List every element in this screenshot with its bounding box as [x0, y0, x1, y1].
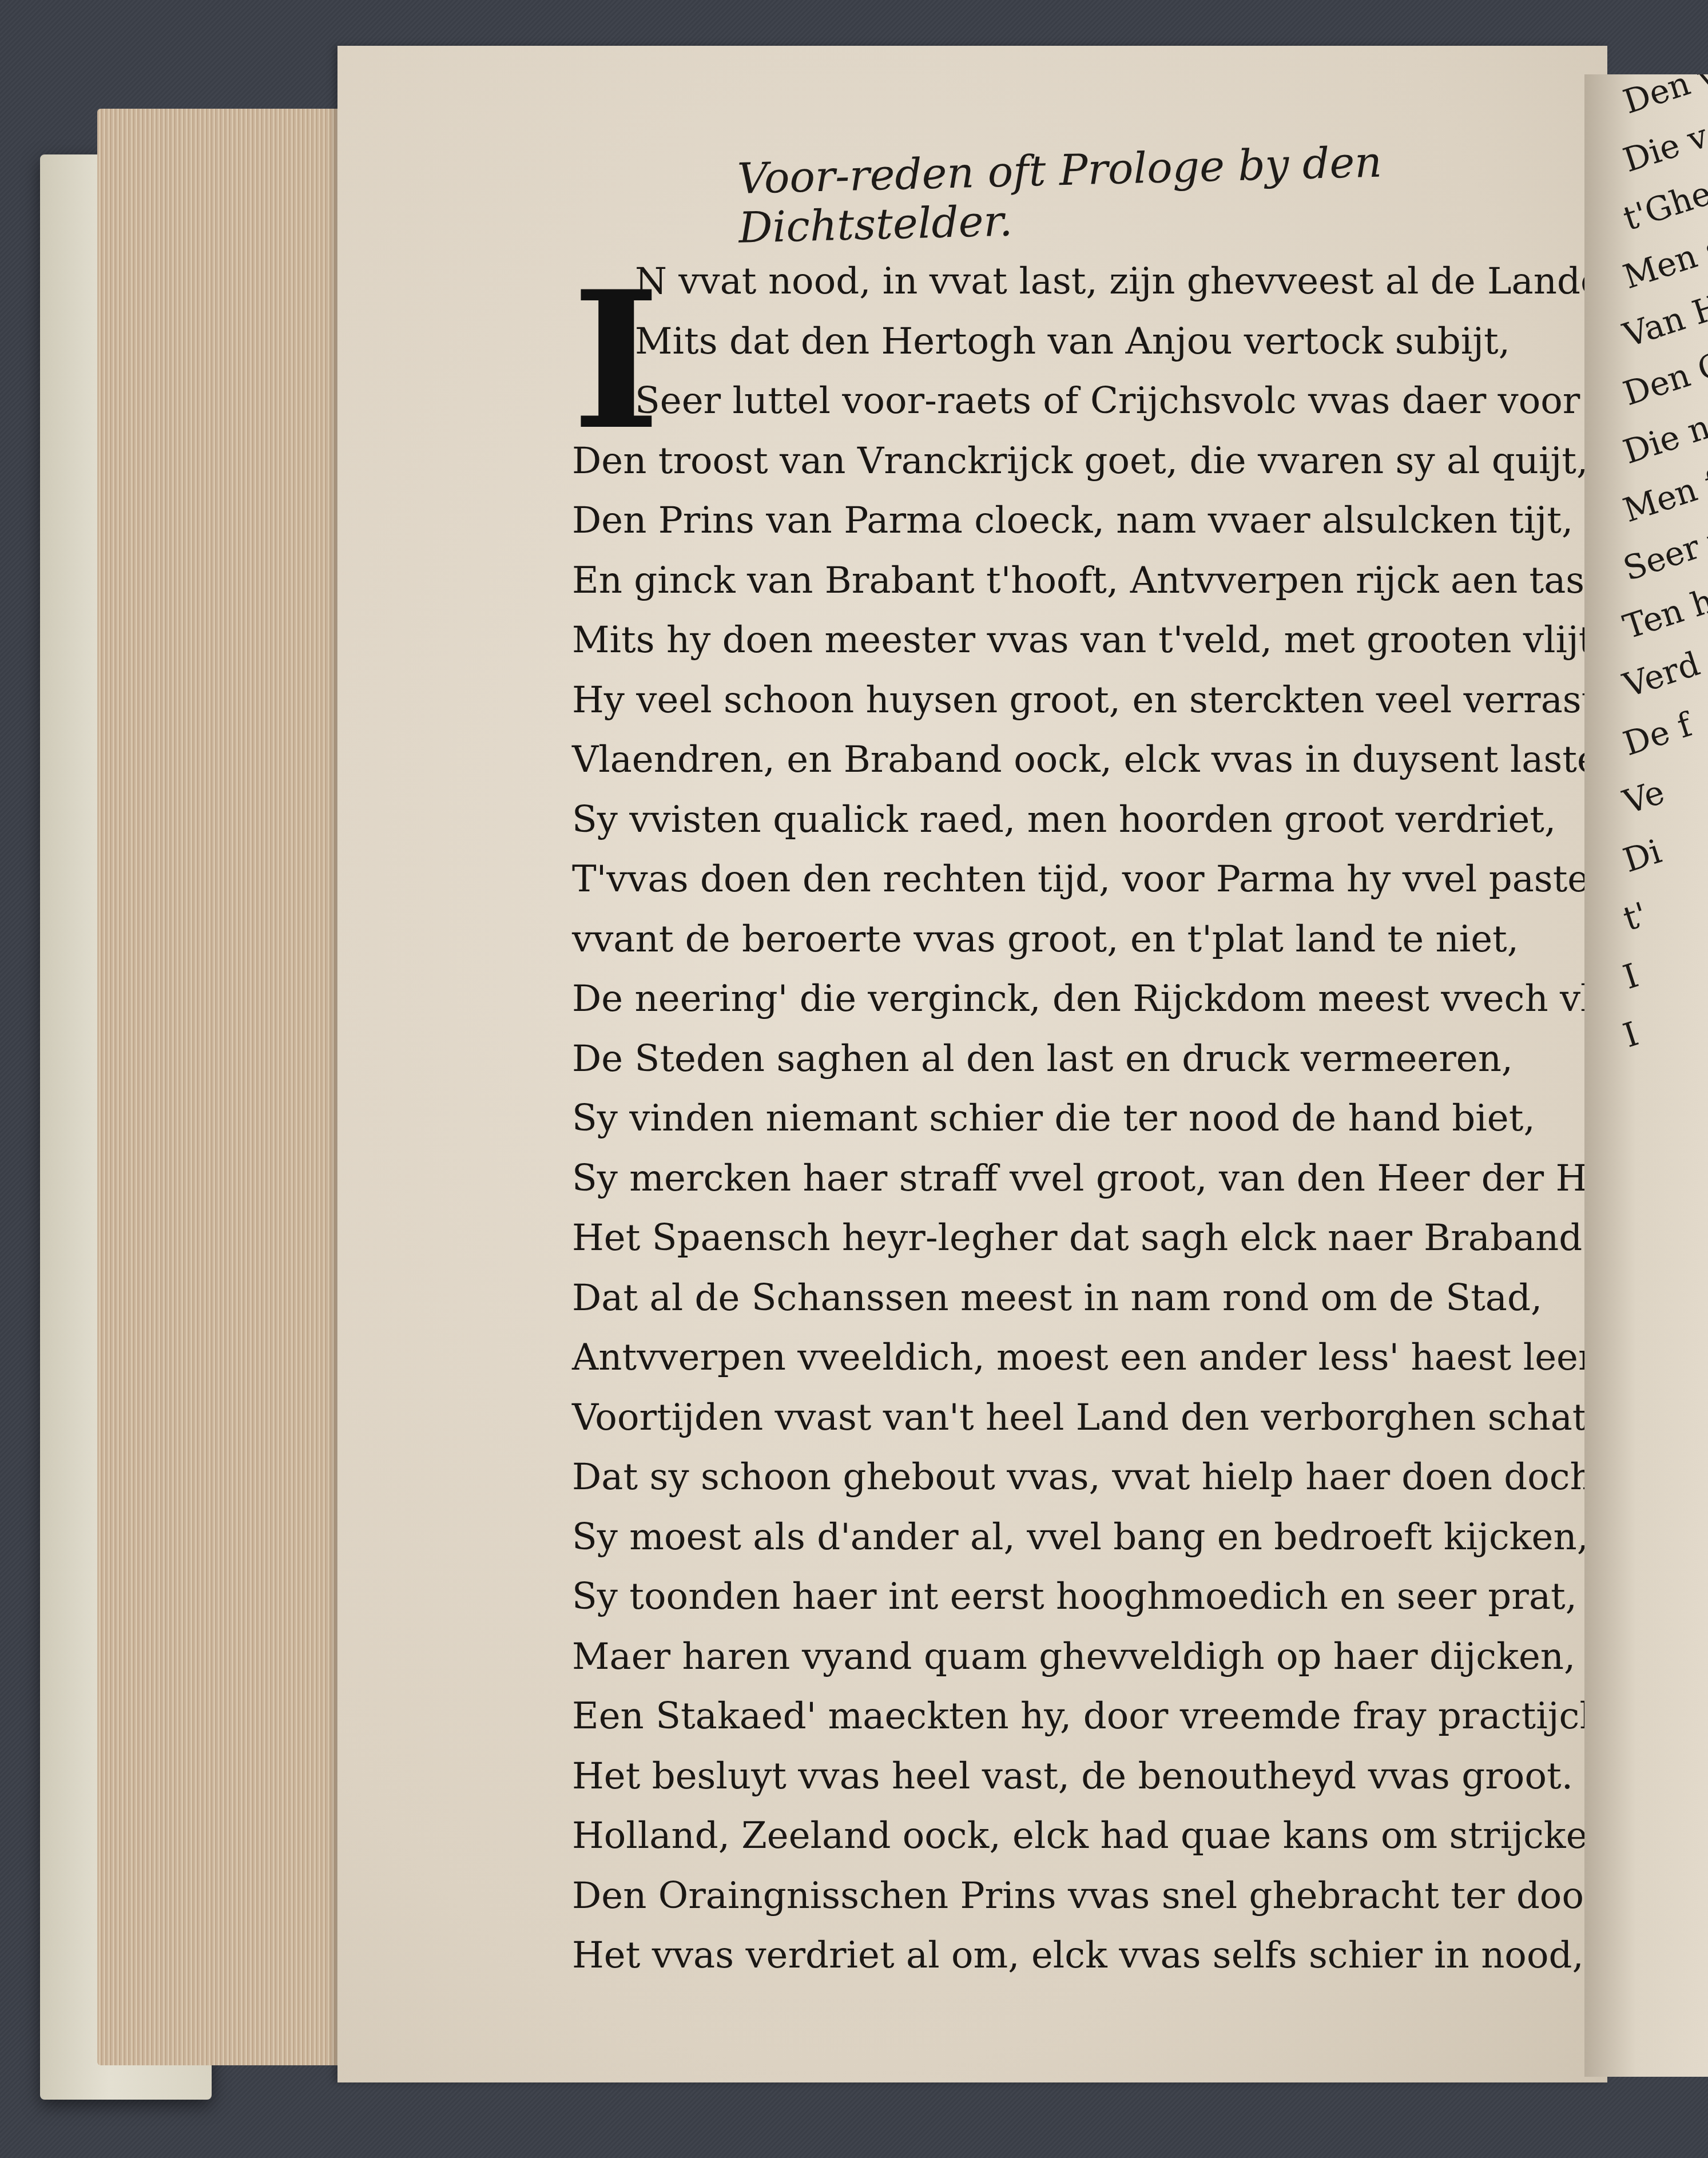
verse-line: Sy toonden haer int eerst hooghmoedich e…	[572, 1567, 1556, 1627]
verse-line: En ginck van Brabant t'hooft, Antvverpen…	[572, 551, 1556, 611]
verse-line: De Steden saghen al den last en druck ve…	[572, 1029, 1556, 1089]
verse-block: I N vvat nood, in vvat last, zijn ghevve…	[572, 252, 1556, 1986]
verse-line: Mits dat den Hertogh van Anjou vertock s…	[572, 312, 1556, 372]
verse-line: Sy moest als d'ander al, vvel bang en be…	[572, 1508, 1556, 1568]
verse-line: Dat sy schoon ghebout vvas, vvat hielp h…	[572, 1447, 1556, 1508]
verse-line: Hy veel schoon huysen groot, en sterckte…	[572, 671, 1556, 731]
verse-line: Seer luttel voor-raets of Crijchsvolc vv…	[572, 371, 1556, 431]
verse-line: Mits hy doen meester vvas van t'veld, me…	[572, 610, 1556, 671]
verse-line: Voortijden vvast van't heel Land den ver…	[572, 1388, 1556, 1448]
verse-line: Maer haren vyand quam ghevveldigh op hae…	[572, 1627, 1556, 1687]
verse-line: Vlaendren, en Braband oock, elck vvas in…	[572, 730, 1556, 790]
verse-line: Het vvas verdriet al om, elck vvas selfs…	[572, 1926, 1556, 1986]
verse-line: Den Oraingnisschen Prins vvas snel ghebr…	[572, 1866, 1556, 1926]
verse-line: Een Stakaed' maeckten hy, door vreemde f…	[572, 1687, 1556, 1747]
running-header: Voor-reden oft Prologe by den Dichtsteld…	[737, 132, 1608, 253]
page-edges	[97, 109, 360, 2065]
verse-line: T'vvas doen den rechten tijd, voor Parma…	[572, 850, 1556, 910]
verse-line: N vvat nood, in vvat last, zijn ghevvees…	[572, 252, 1556, 312]
verse-line: De neering' die verginck, den Rijckdom m…	[572, 969, 1556, 1029]
verse-line: Sy vvisten qualick raed, men hoorden gro…	[572, 790, 1556, 850]
verse-line: Antvverpen vveeldich, moest een ander le…	[572, 1328, 1556, 1388]
open-book: Voor-reden oft Prologe by den Dichtsteld…	[40, 40, 1708, 2128]
verse-line: Den troost van Vranckrijck goet, die vva…	[572, 431, 1556, 491]
facing-page: Den vron Die vond t'Ghem Men sag Van Ho …	[1584, 74, 1708, 2077]
verse-line: Holland, Zeeland oock, elck had quae kan…	[572, 1806, 1556, 1866]
verse-line: Den Prins van Parma cloeck, nam vvaer al…	[572, 491, 1556, 551]
verse-line: Sy mercken haer straff vvel groot, van d…	[572, 1149, 1556, 1209]
verse-line: Het besluyt vvas heel vast, de benouthey…	[572, 1747, 1556, 1807]
drop-cap: I	[572, 275, 660, 446]
verse-line: Sy vinden niemant schier die ter nood de…	[572, 1089, 1556, 1149]
verse-line: Dat al de Schanssen meest in nam rond om…	[572, 1268, 1556, 1328]
left-page: Voor-reden oft Prologe by den Dichtsteld…	[337, 46, 1607, 2082]
verse-line: vvant de beroerte vvas groot, en t'plat …	[572, 910, 1556, 970]
verse-line: Het Spaensch heyr-legher dat sagh elck n…	[572, 1208, 1556, 1268]
